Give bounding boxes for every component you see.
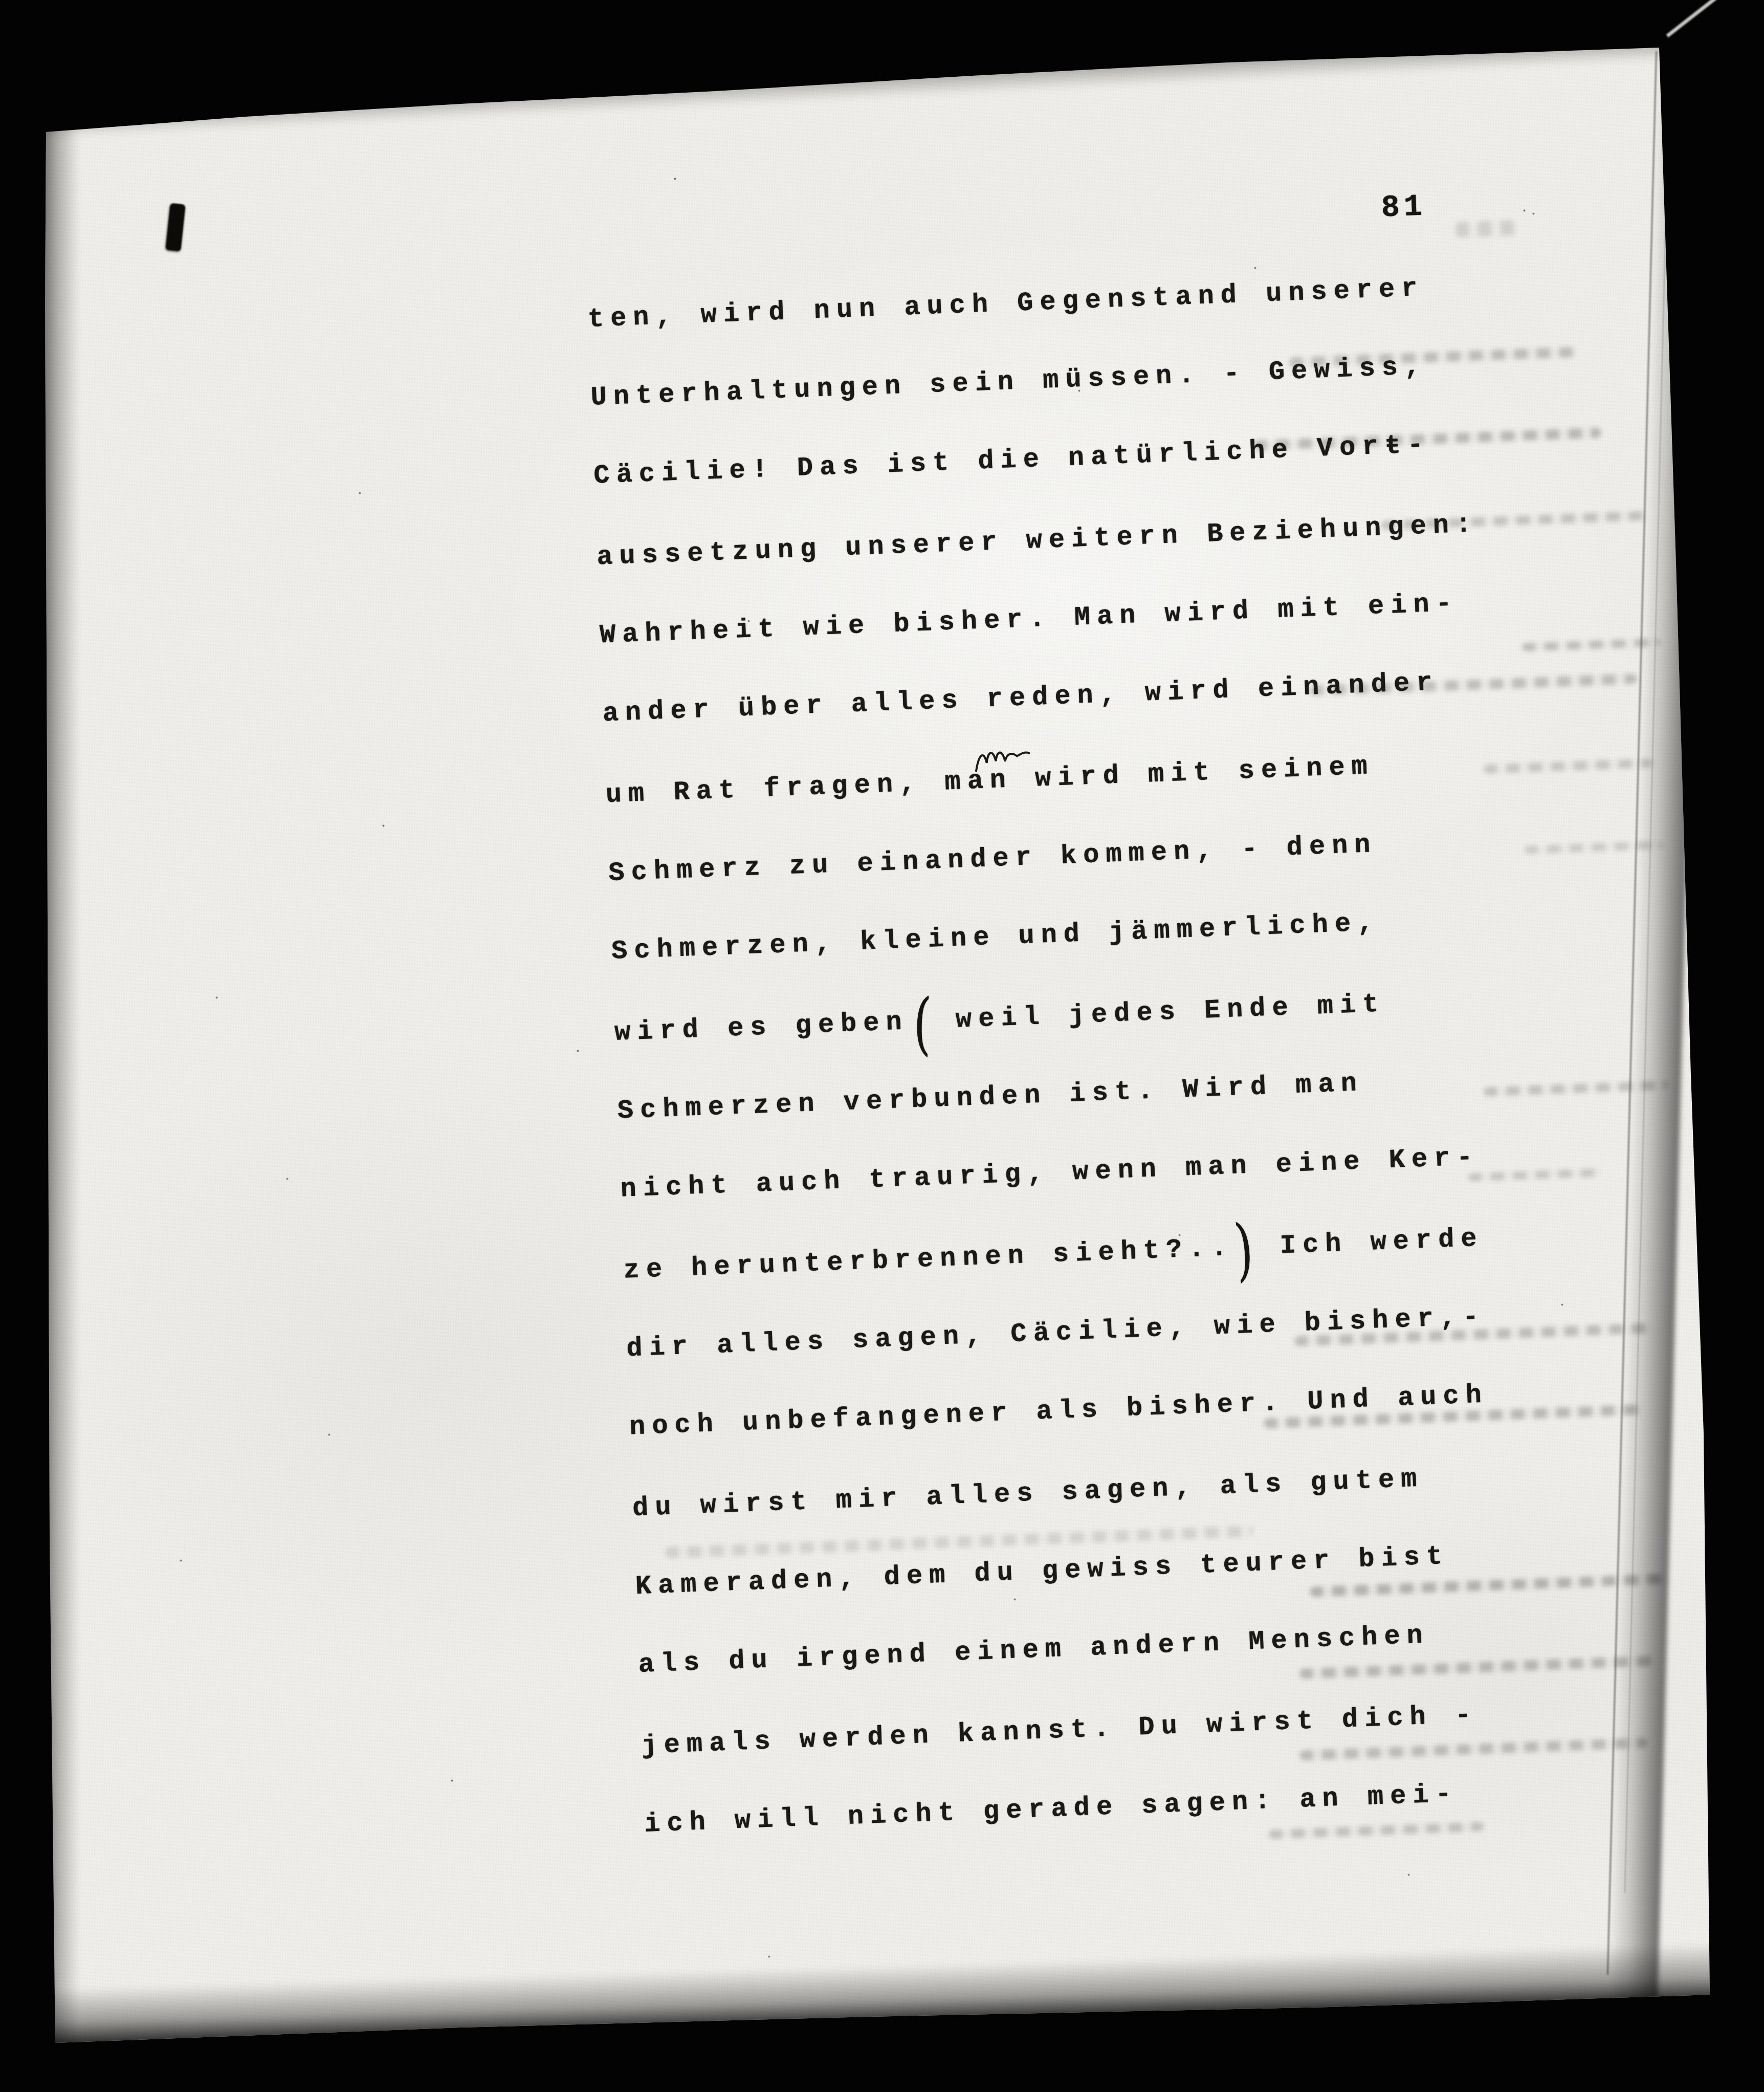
page-number: 81 — [1381, 189, 1427, 226]
dust-specks — [0, 0, 2, 2]
typed-text: noch unbefangener als bisher. Und auch — [629, 1380, 1489, 1442]
typed-text: dir alles sagen, Cäcilie, wie bisher,- — [626, 1302, 1486, 1364]
typed-text: ze herunterbrennen sieht?.. — [623, 1233, 1234, 1286]
typed-text-block: ten, wird nun auch Gegenstand unsererUnt… — [586, 246, 1527, 1864]
typed-text: Schmerz zu einander kommen, - denn — [608, 830, 1378, 888]
typed-text: Schmerzen, kleine und jämmerliche, — [611, 908, 1380, 967]
typed-text: aussetzung unserer weitern Beziehungen: — [596, 509, 1479, 573]
typed-text: du wirst mir alles sagen, als gutem — [632, 1464, 1424, 1523]
handwritten-insertion-mark — [971, 737, 1035, 778]
typed-text: Cäcilie! Das ist die natürliche Vorŧ- — [593, 429, 1430, 491]
typed-text: weil jedes Ende mit — [933, 989, 1386, 1036]
typed-text: ich will nicht gerade sagen: an mei- — [644, 1779, 1458, 1840]
typed-text: Wahrheit wie bisher. Man wird mit ein- — [599, 589, 1459, 651]
typed-text: nicht auch traurig, wenn man eine Ker- — [620, 1142, 1480, 1205]
typed-text: jemals werden kannst. Du wirst dich - — [641, 1700, 1479, 1761]
typed-text: wird es geben — [614, 1007, 909, 1048]
scan-background: ten, wird nun auch Gegenstand unsererUnt… — [0, 0, 1764, 2092]
typed-text: Kameraden, dem du gewiss teurer bist — [635, 1541, 1449, 1602]
scan-edge-fuzz-left — [31, 102, 79, 2047]
typed-text: ten, wird nun auch Gegenstand unserer — [587, 273, 1425, 335]
bleedthrough-smudge — [1455, 220, 1517, 237]
handwritten-paren: ( — [912, 963, 932, 1083]
typed-text: Schmerzen verbunden ist. Wird man — [617, 1068, 1364, 1126]
scanned-manuscript-page: ten, wird nun auch Gegenstand unsererUnt… — [0, 0, 1764, 2092]
corner-paper-sliver — [1666, 0, 1717, 37]
typed-text: als du irgend einem andern Menschen — [638, 1620, 1430, 1680]
typed-text: Ich werde — [1257, 1224, 1484, 1262]
typed-text: Unterhaltungen sein müssen. - Gewiss, — [590, 351, 1428, 412]
typed-text: ander über alles reden, wird einander — [602, 667, 1440, 729]
